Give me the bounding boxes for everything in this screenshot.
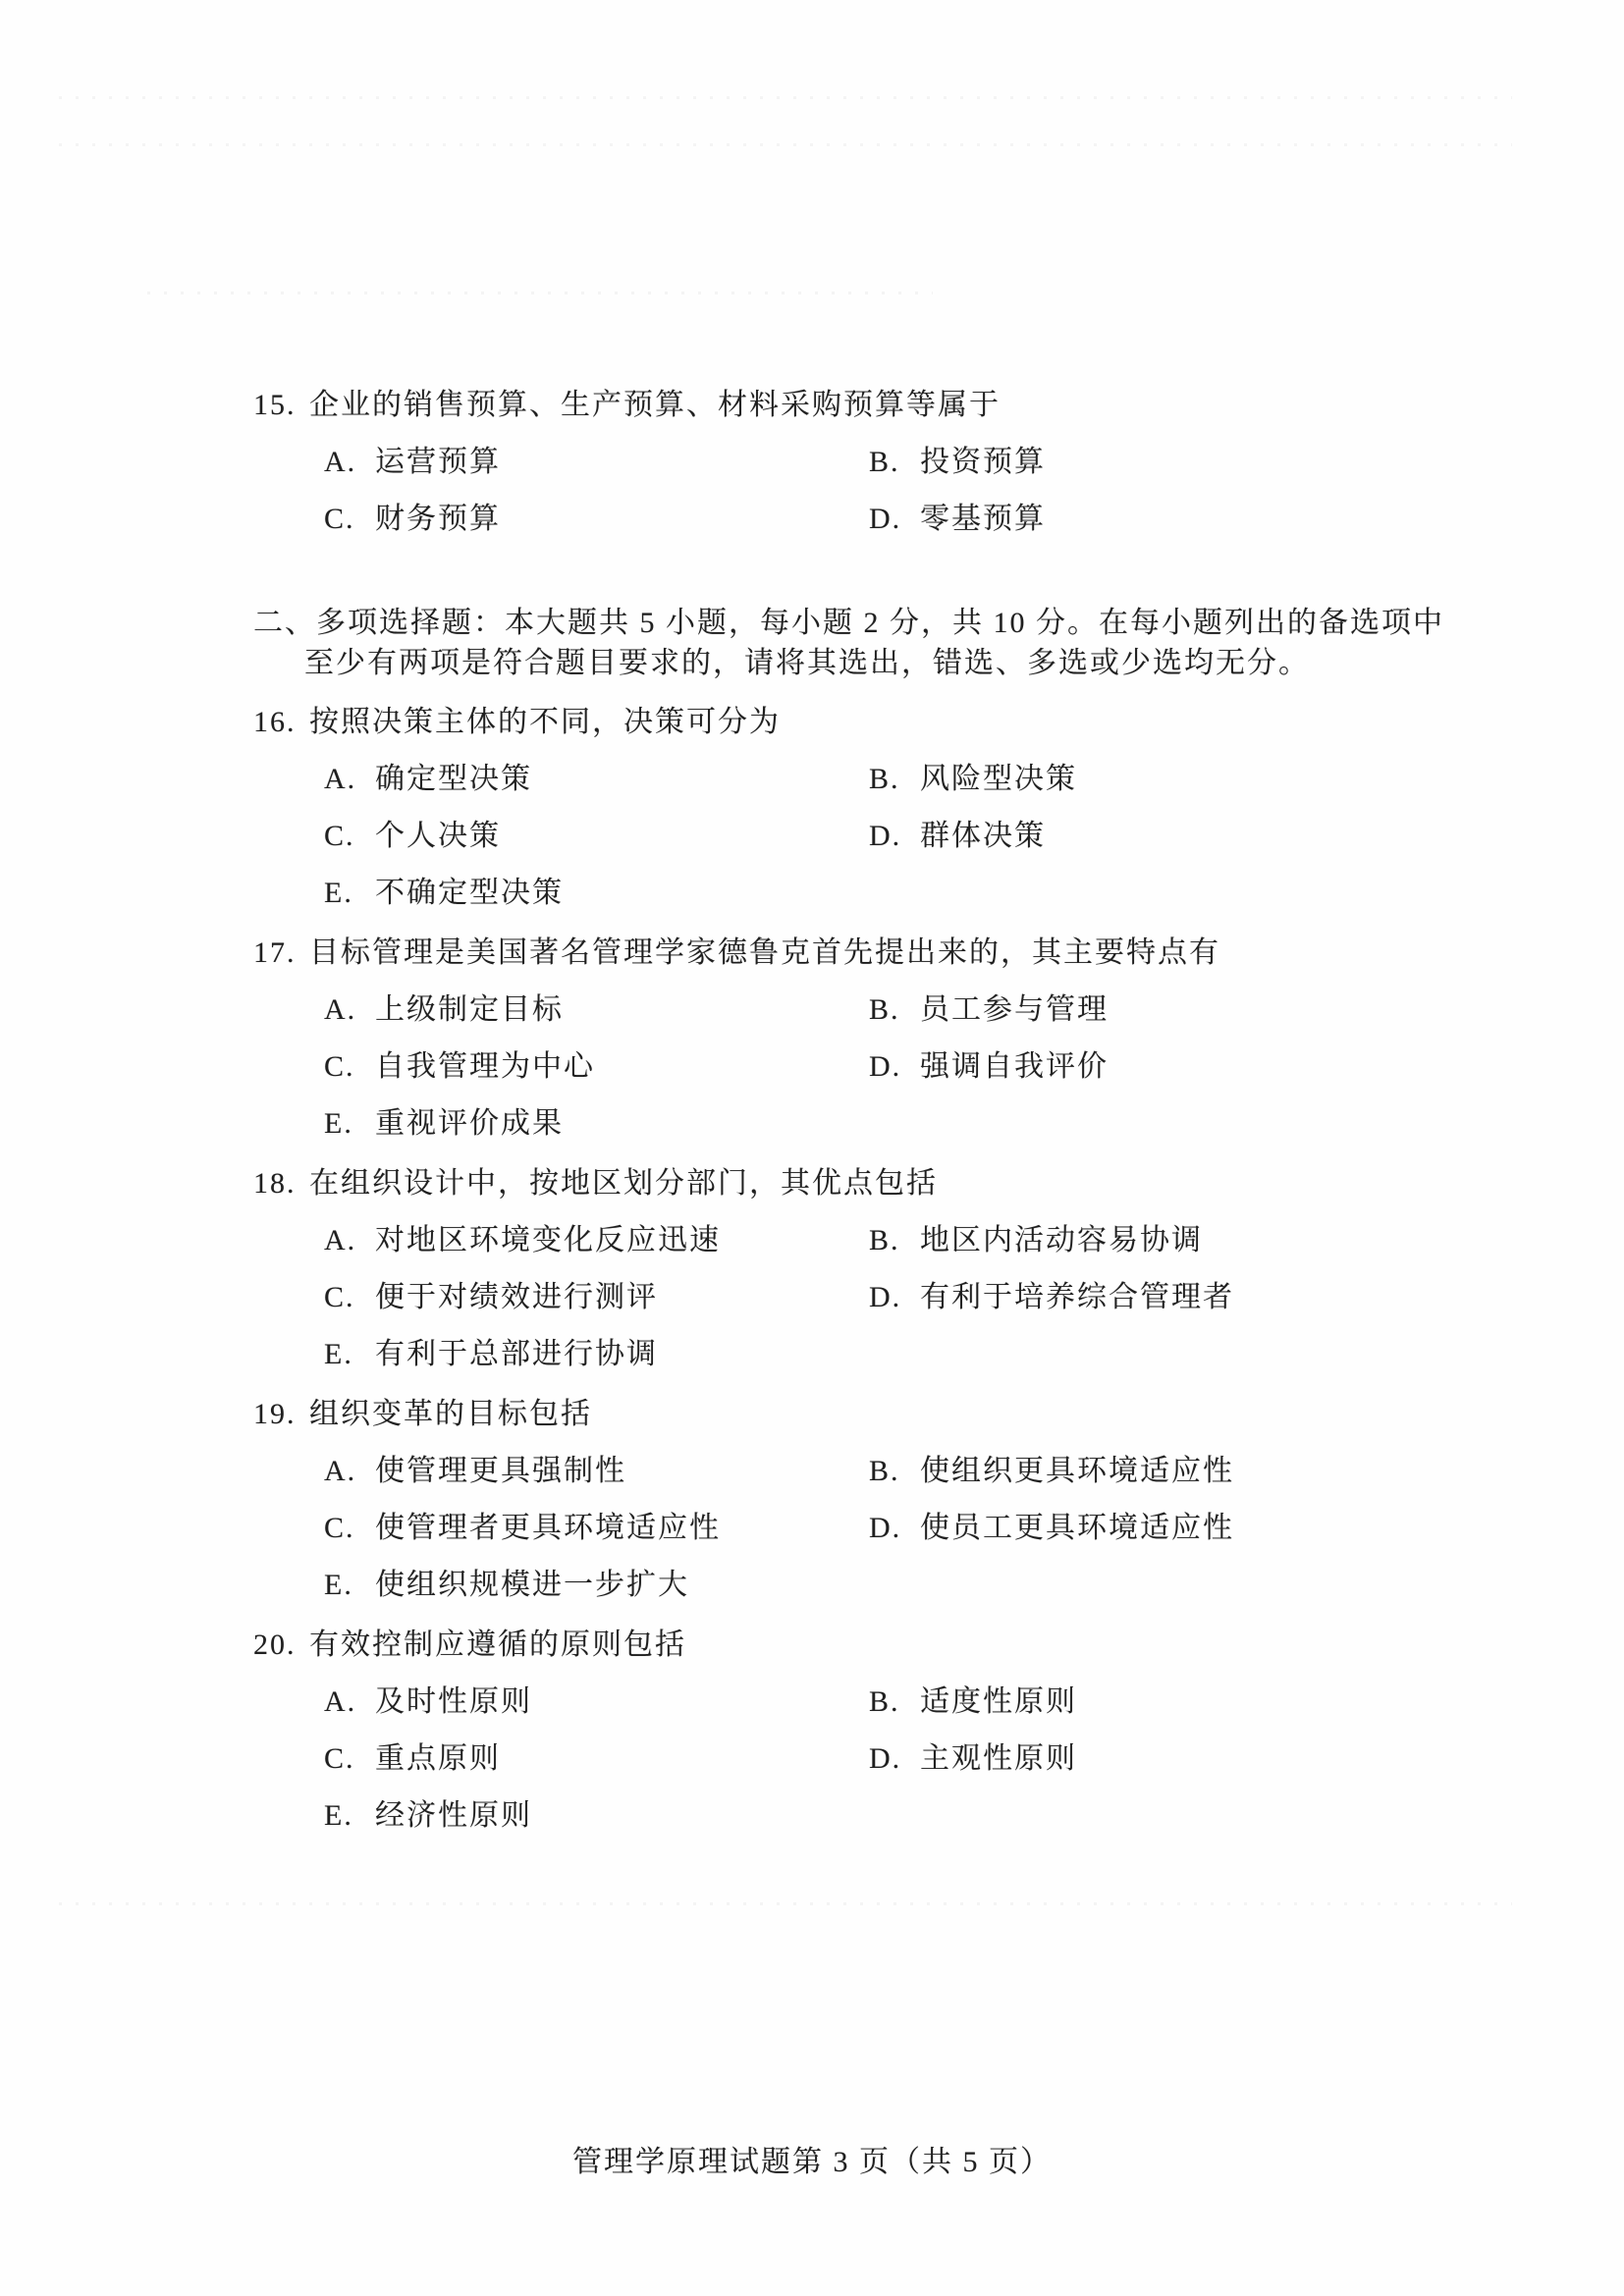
option-text: 便于对绩效进行测评 [375,1277,658,1318]
question-15-option-c: C. 财务预算 [324,499,869,540]
question-18-option-d: D. 有利于培养综合管理者 [869,1277,1234,1318]
question-16-option-a: A. 确定型决策 [324,759,869,800]
option-label: B. [869,1220,920,1261]
question-17-option-d: D. 强调自我评价 [869,1046,1109,1088]
question-19-option-b: B. 使组织更具环境适应性 [869,1451,1234,1492]
option-text: 有利于总部进行协调 [375,1334,658,1375]
option-label: C. [324,499,375,540]
option-label: D. [869,499,920,540]
question-18-option-e: E. 有利于总部进行协调 [324,1334,869,1375]
option-text: 运营预算 [375,442,501,483]
question-20-options-row-cd: C. 重点原则 D. 主观性原则 [253,1738,1467,1780]
scan-artifact [59,143,1512,146]
option-label: B. [869,1682,920,1723]
question-16-options-row-cd: C. 个人决策 D. 群体决策 [253,816,1467,857]
option-text: 使组织规模进一步扩大 [375,1565,689,1606]
section-2-text-line-2: 至少有两项是符合题目要求的，请将其选出，错选、多选或少选均无分。 [304,643,1310,683]
question-20-option-a: A. 及时性原则 [324,1682,869,1723]
question-18-options-row-ab: A. 对地区环境变化反应迅速 B. 地区内活动容易协调 [253,1220,1467,1261]
option-text: 经济性原则 [375,1795,532,1837]
question-17-option-e: E. 重视评价成果 [324,1103,869,1145]
question-19: 19. 组织变革的目标包括 [253,1394,1467,1435]
option-text: 有利于培养综合管理者 [920,1277,1234,1318]
question-19-option-a: A. 使管理更具强制性 [324,1451,869,1492]
question-17: 17. 目标管理是美国著名管理学家德鲁克首先提出来的，其主要特点有 [253,933,1467,974]
scan-artifact [147,292,933,294]
option-text: 风险型决策 [920,759,1077,800]
option-text: 上级制定目标 [375,989,564,1031]
option-text: 强调自我评价 [920,1046,1109,1088]
option-label: C. [324,1508,375,1549]
option-label: D. [869,1046,920,1088]
question-17-option-b: B. 员工参与管理 [869,989,1109,1031]
option-text: 投资预算 [920,442,1046,483]
question-16-options-row-e: E. 不确定型决策 [253,873,1467,914]
option-text: 自我管理为中心 [375,1046,595,1088]
option-label: A. [324,1220,375,1261]
question-20-stem: 有效控制应遵循的原则包括 [309,1625,1467,1666]
question-19-options-row-cd: C. 使管理者更具环境适应性 D. 使员工更具环境适应性 [253,1508,1467,1549]
option-label: A. [324,1451,375,1492]
option-text: 财务预算 [375,499,501,540]
scan-artifact [59,96,1512,99]
option-text: 员工参与管理 [920,989,1109,1031]
option-text: 地区内活动容易协调 [920,1220,1203,1261]
question-15-option-a: A. 运营预算 [324,442,869,483]
question-17-option-c: C. 自我管理为中心 [324,1046,869,1088]
question-16-option-b: B. 风险型决策 [869,759,1077,800]
question-19-option-c: C. 使管理者更具环境适应性 [324,1508,869,1549]
question-20-option-c: C. 重点原则 [324,1738,869,1780]
question-16-option-e: E. 不确定型决策 [324,873,869,914]
section-2-header: 二、 多项选择题：本大题共 5 小题，每小题 2 分，共 10 分。在每小题列出… [253,603,1467,683]
option-text: 使组织更具环境适应性 [920,1451,1234,1492]
option-label: E. [324,873,375,914]
page-footer-text: 管理学原理试题第 3 页（共 5 页） [572,2146,1052,2178]
question-15-options-row-ab: A. 运营预算 B. 投资预算 [253,442,1467,483]
question-20-number: 20. [253,1625,309,1666]
question-16-number: 16. [253,702,309,743]
question-16-stem: 按照决策主体的不同，决策可分为 [309,702,1467,743]
question-17-stem: 目标管理是美国著名管理学家德鲁克首先提出来的，其主要特点有 [309,933,1467,974]
option-label: A. [324,1682,375,1723]
question-20-option-e: E. 经济性原则 [324,1795,869,1837]
option-label: C. [324,1277,375,1318]
section-2-text-line-1: 多项选择题：本大题共 5 小题，每小题 2 分，共 10 分。在每小题列出的备选… [316,603,1444,643]
option-label: C. [324,1046,375,1088]
question-17-options-row-ab: A. 上级制定目标 B. 员工参与管理 [253,989,1467,1031]
option-label: D. [869,1508,920,1549]
option-text: 对地区环境变化反应迅速 [375,1220,721,1261]
section-2-marker: 二、 [253,603,316,643]
question-15-stem: 企业的销售预算、生产预算、材料采购预算等属于 [309,385,1467,426]
question-18-option-b: B. 地区内活动容易协调 [869,1220,1203,1261]
scan-artifact [59,1902,1512,1905]
section-2-header-line-1: 二、 多项选择题：本大题共 5 小题，每小题 2 分，共 10 分。在每小题列出… [253,603,1467,643]
option-text: 个人决策 [375,816,501,857]
question-15-number: 15. [253,385,309,426]
option-text: 零基预算 [920,499,1046,540]
question-19-option-d: D. 使员工更具环境适应性 [869,1508,1234,1549]
option-text: 使管理更具强制性 [375,1451,626,1492]
option-text: 使管理者更具环境适应性 [375,1508,721,1549]
option-text: 不确定型决策 [375,873,564,914]
question-20: 20. 有效控制应遵循的原则包括 [253,1625,1467,1666]
question-15: 15. 企业的销售预算、生产预算、材料采购预算等属于 [253,385,1467,426]
exam-page: 15. 企业的销售预算、生产预算、材料采购预算等属于 A. 运营预算 B. 投资… [0,0,1624,2296]
option-text: 重视评价成果 [375,1103,564,1145]
question-16-option-c: C. 个人决策 [324,816,869,857]
option-label: A. [324,989,375,1031]
page-footer: 管理学原理试题第 3 页（共 5 页） [0,2142,1624,2183]
option-text: 群体决策 [920,816,1046,857]
option-label: E. [324,1103,375,1145]
option-label: D. [869,1277,920,1318]
section-2-header-line-2: 至少有两项是符合题目要求的，请将其选出，错选、多选或少选均无分。 [253,643,1467,683]
question-18-number: 18. [253,1163,309,1204]
question-20-options-row-ab: A. 及时性原则 B. 适度性原则 [253,1682,1467,1723]
question-18-stem: 在组织设计中，按地区划分部门，其优点包括 [309,1163,1467,1204]
question-17-option-a: A. 上级制定目标 [324,989,869,1031]
question-18-options-row-e: E. 有利于总部进行协调 [253,1334,1467,1375]
question-17-number: 17. [253,933,309,974]
question-16-options-row-ab: A. 确定型决策 B. 风险型决策 [253,759,1467,800]
question-19-option-e: E. 使组织规模进一步扩大 [324,1565,869,1606]
question-16: 16. 按照决策主体的不同，决策可分为 [253,702,1467,743]
page-content: 15. 企业的销售预算、生产预算、材料采购预算等属于 A. 运营预算 B. 投资… [253,385,1467,1837]
option-label: D. [869,816,920,857]
option-text: 及时性原则 [375,1682,532,1723]
option-text: 主观性原则 [920,1738,1077,1780]
question-17-options-row-cd: C. 自我管理为中心 D. 强调自我评价 [253,1046,1467,1088]
question-18-options-row-cd: C. 便于对绩效进行测评 D. 有利于培养综合管理者 [253,1277,1467,1318]
option-text: 使员工更具环境适应性 [920,1508,1234,1549]
question-16-option-d: D. 群体决策 [869,816,1046,857]
question-19-stem: 组织变革的目标包括 [309,1394,1467,1435]
option-label: B. [869,989,920,1031]
option-label: E. [324,1334,375,1375]
option-label: A. [324,442,375,483]
question-18: 18. 在组织设计中，按地区划分部门，其优点包括 [253,1163,1467,1204]
option-label: B. [869,759,920,800]
option-label: A. [324,759,375,800]
option-label: B. [869,442,920,483]
question-18-option-a: A. 对地区环境变化反应迅速 [324,1220,869,1261]
question-19-options-row-ab: A. 使管理更具强制性 B. 使组织更具环境适应性 [253,1451,1467,1492]
question-15-option-b: B. 投资预算 [869,442,1046,483]
option-text: 适度性原则 [920,1682,1077,1723]
question-15-option-d: D. 零基预算 [869,499,1046,540]
question-17-options-row-e: E. 重视评价成果 [253,1103,1467,1145]
option-text: 重点原则 [375,1738,501,1780]
question-20-option-b: B. 适度性原则 [869,1682,1077,1723]
option-label: E. [324,1565,375,1606]
question-20-options-row-e: E. 经济性原则 [253,1795,1467,1837]
option-text: 确定型决策 [375,759,532,800]
question-20-option-d: D. 主观性原则 [869,1738,1077,1780]
option-label: C. [324,816,375,857]
option-label: D. [869,1738,920,1780]
question-19-options-row-e: E. 使组织规模进一步扩大 [253,1565,1467,1606]
question-19-number: 19. [253,1394,309,1435]
question-18-option-c: C. 便于对绩效进行测评 [324,1277,869,1318]
question-15-options-row-cd: C. 财务预算 D. 零基预算 [253,499,1467,540]
option-label: E. [324,1795,375,1837]
option-label: C. [324,1738,375,1780]
option-label: B. [869,1451,920,1492]
